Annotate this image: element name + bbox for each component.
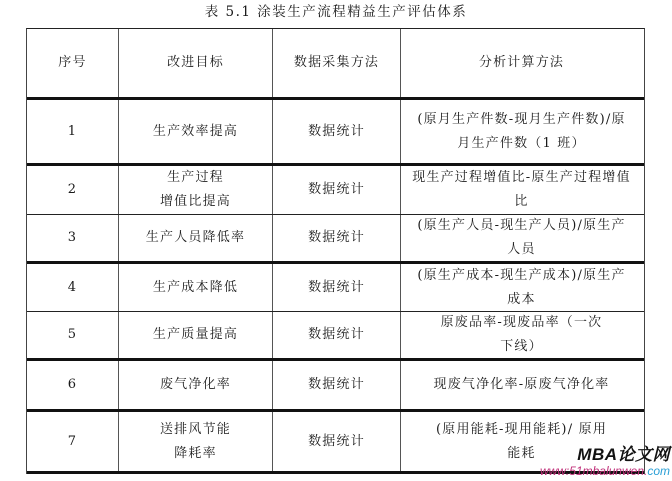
table-row: 6 废气净化率 数据统计 现废气净化率-原废气净化率: [27, 361, 644, 412]
cell-index: 1: [27, 100, 119, 163]
cell-calculation-method: 现废气净化率-原废气净化率: [401, 361, 642, 409]
cell-calculation-method: (原生产成本-现生产成本)/原生产 成本: [401, 264, 642, 311]
watermark: MBA论文网 www:51mbalunwen.com: [540, 446, 670, 478]
cell-goal: 送排风节能 降耗率: [119, 412, 273, 471]
header-cell-index: 序号: [27, 29, 119, 97]
header-cell-calculation-method: 分析计算方法: [401, 29, 642, 97]
watermark-url: www:51mbalunwen.com: [540, 464, 670, 478]
cell-collection-method: 数据统计: [273, 166, 401, 214]
cell-collection-method: 数据统计: [273, 215, 401, 261]
cell-calculation-method: 现生产过程增值比-原生产过程增值 比: [401, 166, 642, 214]
table-caption: 表 5.1 涂装生产流程精益生产评估体系: [0, 3, 672, 21]
cell-collection-method: 数据统计: [273, 361, 401, 409]
cell-index: 6: [27, 361, 119, 409]
cell-goal: 生产成本降低: [119, 264, 273, 311]
header-cell-collection-method: 数据采集方法: [273, 29, 401, 97]
table-row: 4 生产成本降低 数据统计 (原生产成本-现生产成本)/原生产 成本: [27, 264, 644, 312]
cell-goal: 生产过程 增值比提高: [119, 166, 273, 214]
cell-collection-method: 数据统计: [273, 100, 401, 163]
cell-index: 7: [27, 412, 119, 471]
evaluation-table: 序号 改进目标 数据采集方法 分析计算方法 1 生产效率提高 数据统计 (原月生…: [26, 28, 645, 474]
table-row: 2 生产过程 增值比提高 数据统计 现生产过程增值比-原生产过程增值 比: [27, 166, 644, 215]
cell-goal: 废气净化率: [119, 361, 273, 409]
table-row: 5 生产质量提高 数据统计 原废品率-现废品率（一次 下线）: [27, 312, 644, 361]
cell-index: 5: [27, 312, 119, 358]
cell-index: 2: [27, 166, 119, 214]
cell-collection-method: 数据统计: [273, 412, 401, 471]
cell-goal: 生产质量提高: [119, 312, 273, 358]
cell-calculation-method: (原月生产件数-现月生产件数)/原 月生产件数（1 班）: [401, 100, 642, 163]
cell-calculation-method: 原废品率-现废品率（一次 下线）: [401, 312, 642, 358]
cell-index: 4: [27, 264, 119, 311]
cell-collection-method: 数据统计: [273, 312, 401, 358]
watermark-brand: MBA论文网: [540, 446, 670, 464]
cell-goal: 生产效率提高: [119, 100, 273, 163]
table-row: 1 生产效率提高 数据统计 (原月生产件数-现月生产件数)/原 月生产件数（1 …: [27, 100, 644, 166]
cell-collection-method: 数据统计: [273, 264, 401, 311]
cell-calculation-method: (原生产人员-现生产人员)/原生产 人员: [401, 215, 642, 261]
header-cell-goal: 改进目标: [119, 29, 273, 97]
table-row: 3 生产人员降低率 数据统计 (原生产人员-现生产人员)/原生产 人员: [27, 215, 644, 264]
cell-index: 3: [27, 215, 119, 261]
table-header-row: 序号 改进目标 数据采集方法 分析计算方法: [27, 29, 644, 100]
cell-goal: 生产人员降低率: [119, 215, 273, 261]
